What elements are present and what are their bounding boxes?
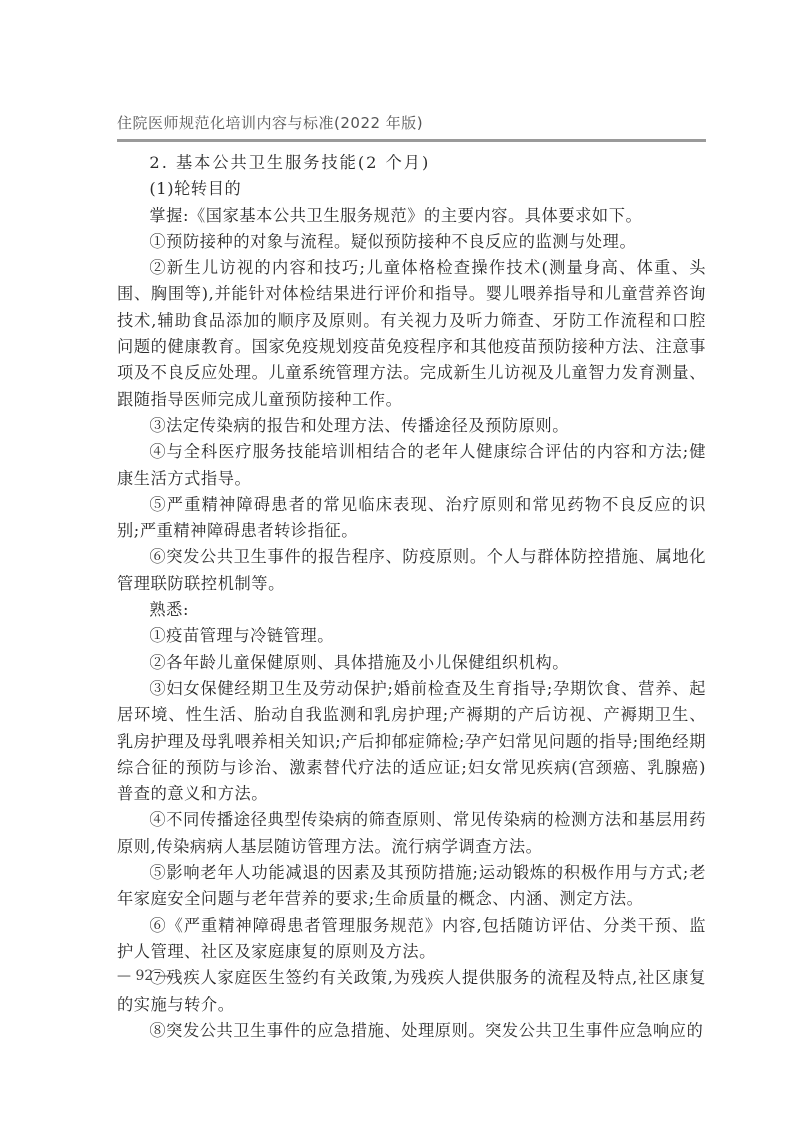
header-rule [117,139,706,142]
running-header-title: 住院医师规范化培训内容与标准(2022 年版) [117,112,423,133]
master-item: ⑤严重精神障碍患者的常见临床表现、治疗原则和常见药物不良反应的识别;严重精神障碍… [117,492,706,545]
familiar-item: ⑦残疾人家庭医生签约有关政策,为残疾人提供服务的流程及特点,社区康复的实施与转介… [117,965,706,1018]
master-item: ①预防接种的对象与流程。疑似预防接种不良反应的监测与处理。 [117,229,706,255]
section-heading: 2. 基本公共卫生服务技能(2 个月) [117,150,706,176]
familiar-label: 熟悉: [117,597,706,623]
master-intro: 掌握:《国家基本公共卫生服务规范》的主要内容。具体要求如下。 [117,203,706,229]
familiar-item: ②各年龄儿童保健原则、具体措施及小儿保健组织机构。 [117,650,706,676]
familiar-item: ⑤影响老年人功能减退的因素及其预防措施;运动锻炼的积极作用与方式;老年家庭安全问… [117,860,706,913]
subheading: (1)轮转目的 [117,176,706,202]
familiar-item: ③妇女保健经期卫生及劳动保护;婚前检查及生育指导;孕期饮食、营养、起居环境、性生… [117,676,706,807]
master-item: ③法定传染病的报告和处理方法、传播途径及预防原则。 [117,413,706,439]
familiar-item: ④不同传播途径典型传染病的筛查原则、常见传染病的检测方法和基层用药原则,传染病病… [117,807,706,860]
master-item: ⑥突发公共卫生事件的报告程序、防疫原则。个人与群体防控措施、属地化管理联防联控机… [117,544,706,597]
master-item: ④与全科医疗服务技能培训相结合的老年人健康综合评估的内容和方法;健康生活方式指导… [117,439,706,492]
familiar-item: ⑧突发公共卫生事件的应急措施、处理原则。突发公共卫生事件应急响应的 [117,1018,706,1044]
master-item: ②新生儿访视的内容和技巧;儿童体格检查操作技术(测量身高、体重、头围、胸围等),… [117,255,706,413]
familiar-item: ⑥《严重精神障碍患者管理服务规范》内容,包括随访评估、分类干预、监护人管理、社区… [117,913,706,966]
page-number: — 92 — [117,968,172,984]
familiar-item: ①疫苗管理与冷链管理。 [117,623,706,649]
page-body: 2. 基本公共卫生服务技能(2 个月) (1)轮转目的 掌握:《国家基本公共卫生… [117,150,706,1044]
